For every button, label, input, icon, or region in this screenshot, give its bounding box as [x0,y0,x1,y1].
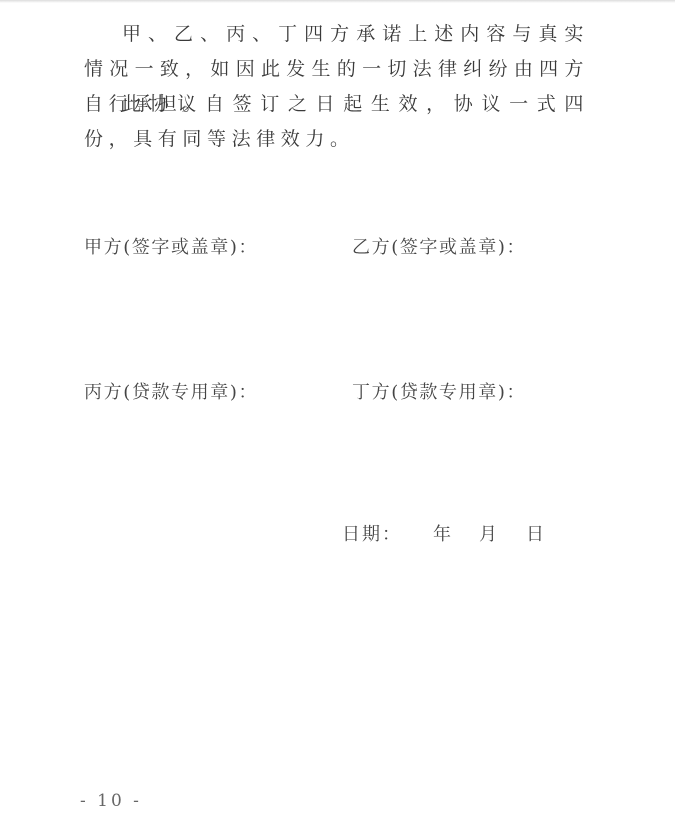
date-day-label: 日 [526,523,544,547]
party-d-seal-label: 丁方(贷款专用章)： [352,381,526,405]
party-b-signature-label: 乙方(签字或盖章)： [352,236,526,260]
page-number: - 10 - [80,790,142,812]
date-label: 日期： [342,523,402,547]
effectiveness-paragraph: 此协议自签订之日起生效，协议一式四份，具有同等法律效力。 [84,87,589,157]
date-year-label: 年 [433,523,451,547]
date-month-label: 月 [479,523,497,547]
page-top-edge [0,0,675,3]
party-c-seal-label: 丙方(贷款专用章)： [84,381,258,405]
party-a-signature-label: 甲方(签字或盖章)： [84,236,258,260]
